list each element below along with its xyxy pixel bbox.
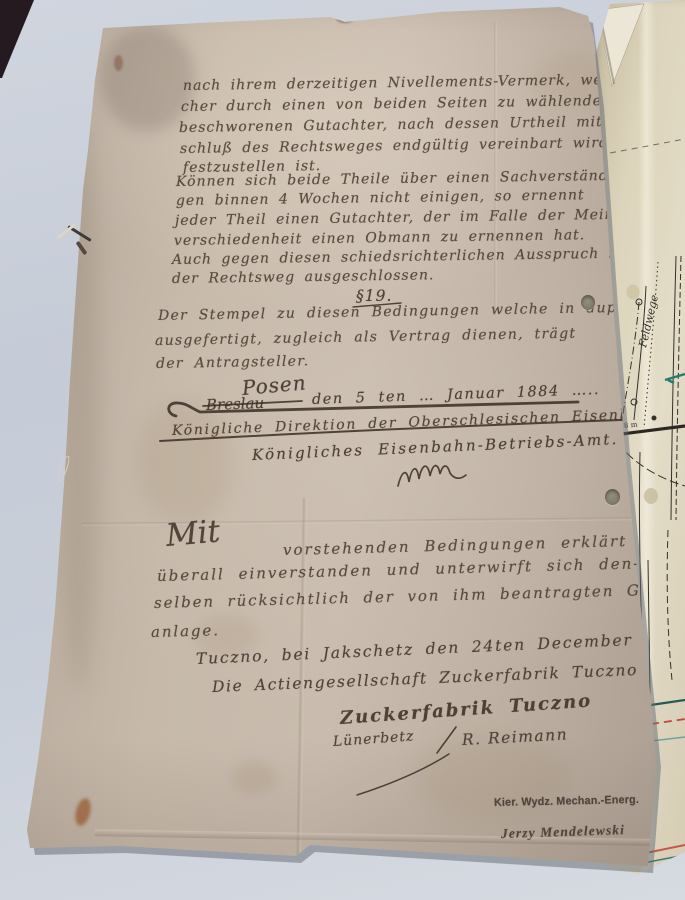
handwritten-line: anlage.: [151, 621, 220, 641]
handwritten-line: Der Stempel zu diesen Bedingungen welche…: [158, 300, 629, 324]
company-signature-script: Zuckerfabrik Tuczno: [339, 690, 593, 729]
rust-stain: [73, 797, 93, 828]
map-punch-hole: [627, 285, 640, 300]
handwritten-line: nach ihrem derzeitigen Nivellements-Verm…: [183, 72, 614, 94]
signature-right: R. Reimann: [462, 725, 569, 749]
bottom-fold: [95, 829, 651, 846]
ink-strokes: [0, 0, 685, 900]
faint-stain: [232, 762, 276, 794]
heading-underline: [353, 303, 401, 307]
handwritten-line: cher durch einen von beiden Seiten zu wä…: [181, 93, 612, 115]
handwritten-line: überall einverstanden und unterwirft sic…: [157, 554, 641, 585]
faint-stain: [532, 55, 607, 107]
handwritten-line: schluß des Rechtsweges endgültig vereinb…: [180, 135, 615, 157]
struck-authority-line: Königliche Direktion der Oberschlesische…: [172, 406, 662, 439]
vertical-crease: [297, 498, 307, 858]
punch-hole: [581, 295, 595, 310]
official-signature-squiggle: [398, 466, 466, 486]
handwritten-line: festzustellen ist.: [183, 158, 321, 176]
dateline-underline: [169, 402, 578, 416]
photo-scene: 2927,18 m Feldwege: [0, 0, 685, 900]
vertical-crease: [494, 22, 497, 312]
map-fold-flap: [598, 4, 644, 86]
handwritten-line: vorstehenden Bedingungen erklärt sich: [283, 531, 680, 559]
faint-stain: [138, 400, 233, 525]
line-strike: [160, 419, 650, 441]
faint-stain: [415, 735, 570, 820]
closing-lead-word: Mit: [164, 513, 221, 554]
place-date-line: Tuczno, bei Jakschetz den 24ten December…: [196, 628, 685, 668]
handwritten-line: beschworenen Gutachter, nach dessen Urth…: [179, 113, 647, 136]
struck-place: Breslau: [206, 394, 265, 414]
section-heading: §19.: [356, 287, 392, 305]
horizontal-crease: [82, 517, 637, 526]
corner-shadow-stain: [100, 26, 195, 131]
handwritten-line: ausgefertigt, zugleich als Vertrag diene…: [155, 326, 577, 349]
inserted-place: Posen: [241, 370, 308, 400]
authority-line: Königliches Eisenbahn-Betriebs-Amt.: [252, 430, 619, 464]
handwritten-line: Können sich beide Theile über einen Sach…: [176, 168, 620, 190]
left-edge-darkening: [58, 110, 100, 690]
signature-flourish: [357, 754, 449, 795]
archive-stamp-department: Kier. Wydz. Mechan.-Energ.: [494, 794, 639, 809]
place-strike: [203, 401, 302, 406]
handwritten-line: der Antragsteller.: [156, 353, 310, 372]
handwritten-line: jeder Theil einen Gutachter, der im Fall…: [175, 206, 659, 229]
handwritten-line: Auch gegen diesen schiedsrichterlichen A…: [172, 246, 629, 268]
date-line: den 5 ten … Januar 1884 …..: [312, 382, 601, 408]
document-page: nach ihrem derzeitigen Nivellements-Verm…: [0, 0, 685, 900]
company-line: Die Actiengesellschaft Zuckerfabrik Tucz…: [212, 661, 639, 696]
teal-mark: [665, 374, 685, 383]
handwritten-line: selben rücksichtlich der von ihm beantra…: [154, 580, 682, 612]
handwritten-line: der Rechtsweg ausgeschlossen.: [172, 267, 435, 287]
punch-hole: [605, 489, 620, 505]
map-punch-hole: [644, 488, 658, 504]
handwritten-line: gen binnen 4 Wochen nicht einigen, so er…: [176, 187, 585, 209]
handwritten-line: verschiedenheit einen Obmann zu ernennen…: [174, 227, 585, 249]
signature-slash: [437, 727, 456, 753]
signature-left: Lünerbetz: [332, 728, 414, 750]
map-feldweg-label: Feldwege: [636, 293, 661, 350]
edge-spot-stain: [336, 13, 354, 23]
edge-spot-stain: [114, 55, 123, 71]
faint-stain: [196, 615, 258, 657]
dark-table-edge: [0, 0, 60, 90]
archive-stamp-name: Jerzy Mendelewski: [501, 822, 626, 842]
